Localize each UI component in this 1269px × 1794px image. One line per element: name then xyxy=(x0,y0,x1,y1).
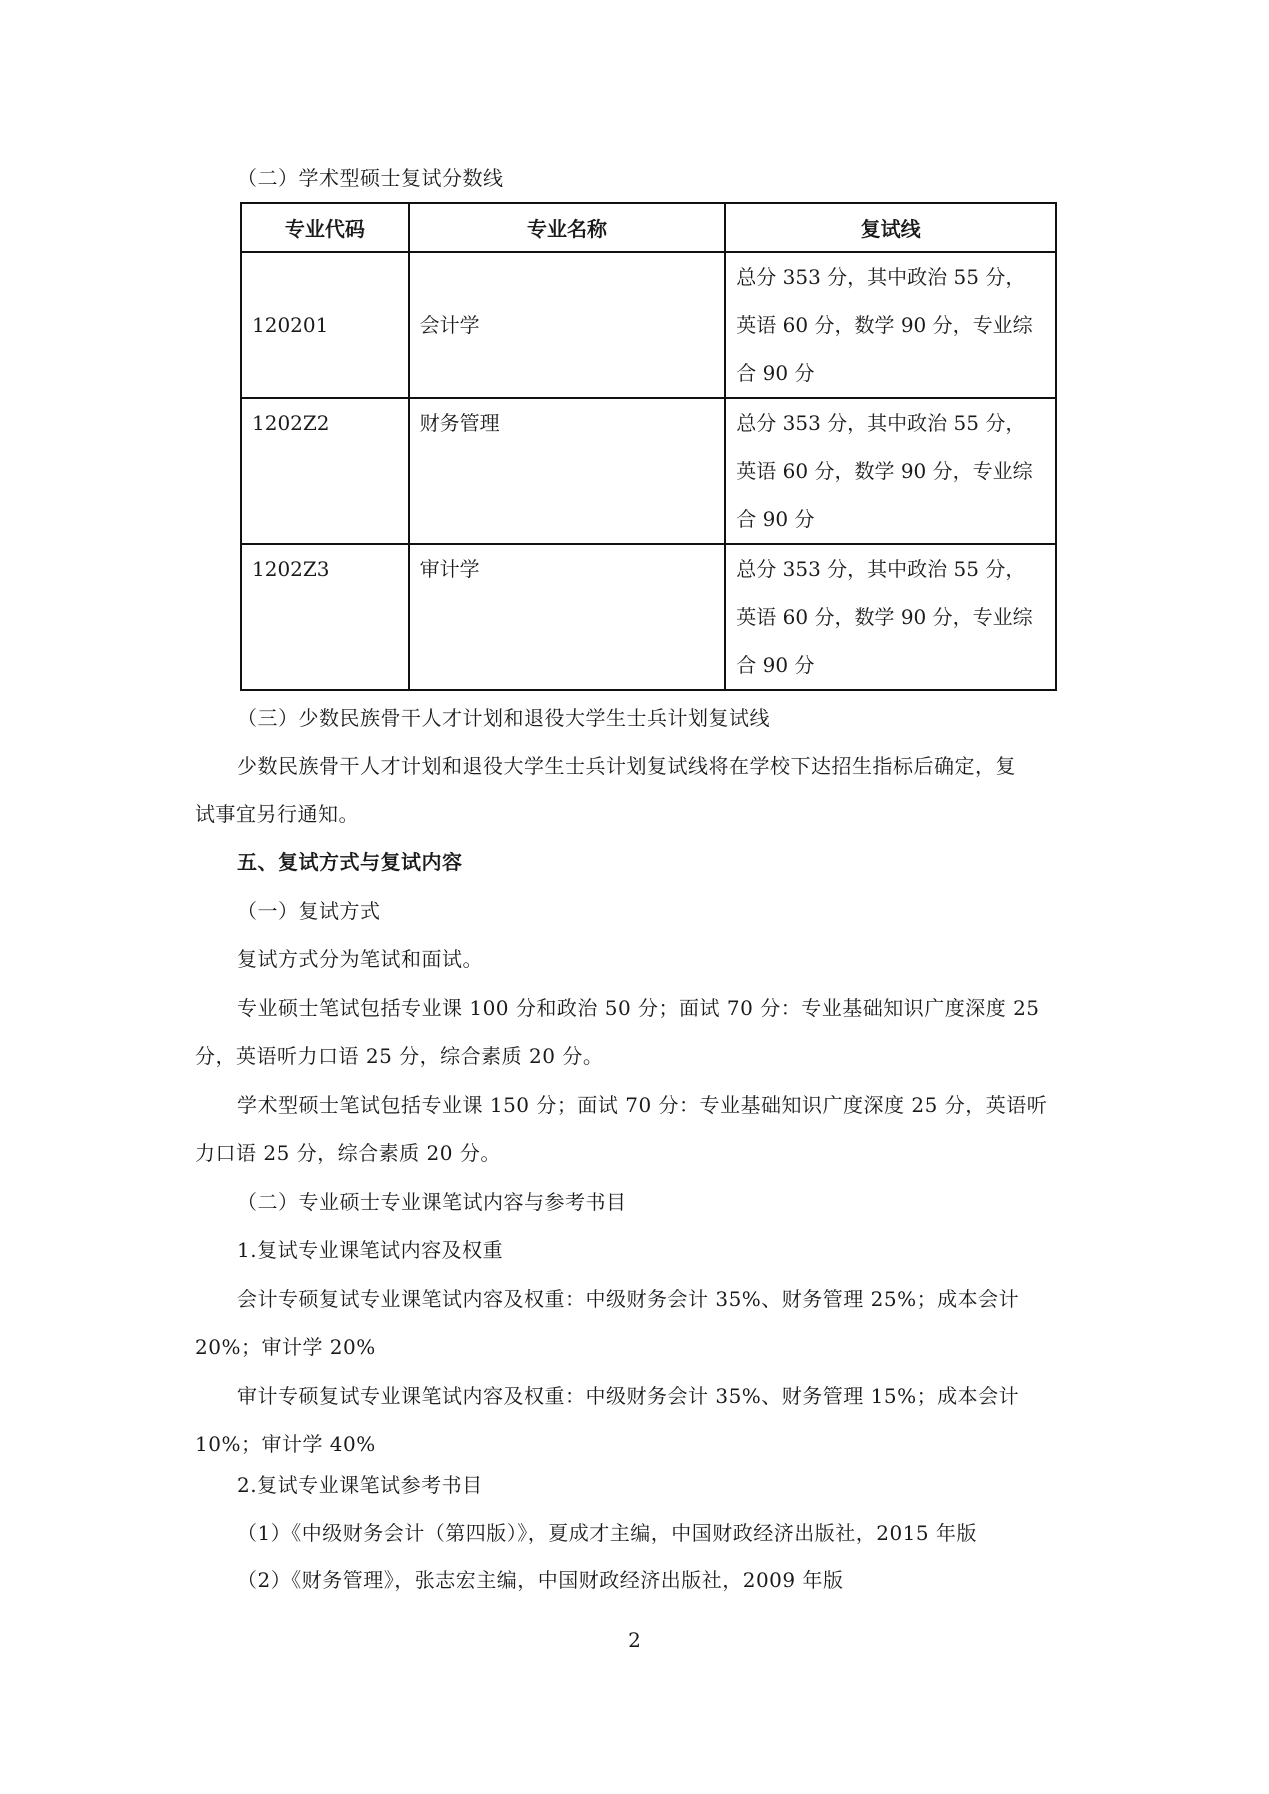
reference-book-item: （2）《财务管理》，张志宏主编，中国财政经济出版社，2009 年版 xyxy=(237,1566,1075,1594)
major-code: 1202Z3 xyxy=(241,544,409,690)
retest-line: 总分 353 分，其中政治 55 分，英语 60 分，数学 90 分，专业综合 … xyxy=(725,544,1056,690)
major-name: 审计学 xyxy=(409,544,726,690)
reference-books-heading: 2.复试专业课笔试参考书目 xyxy=(237,1471,1075,1499)
section-five-heading: 五、复试方式与复试内容 xyxy=(237,848,1075,876)
major-code: 120201 xyxy=(241,252,409,398)
major-name: 财务管理 xyxy=(409,398,726,544)
audit-weights-line1: 审计专硕复试专业课笔试内容及权重：中级财务会计 35%、财务管理 15%；成本会… xyxy=(237,1382,1075,1410)
table-header-row: 专业代码 专业名称 复试线 xyxy=(241,203,1056,252)
academic-master-line1: 学术型硕士笔试包括专业课 150 分；面试 70 分：专业基础知识广度深度 25… xyxy=(237,1091,1075,1119)
major-name: 会计学 xyxy=(409,252,726,398)
academic-score-table: 专业代码 专业名称 复试线 120201 会计学 总分 353 分，其中政治 5… xyxy=(240,202,1057,691)
minority-paragraph-line1: 少数民族骨干人才计划和退役大学生士兵计划复试线将在学校下达招生指标后确定，复 xyxy=(237,752,1075,780)
header-major-name: 专业名称 xyxy=(409,203,726,252)
minority-paragraph-line2: 试事宜另行通知。 xyxy=(195,800,1075,828)
retest-method-heading: （一）复试方式 xyxy=(237,897,1075,925)
header-retest-line: 复试线 xyxy=(725,203,1056,252)
retest-line: 总分 353 分，其中政治 55 分，英语 60 分，数学 90 分，专业综合 … xyxy=(725,398,1056,544)
accounting-weights-line1: 会计专硕复试专业课笔试内容及权重：中级财务会计 35%、财务管理 25%；成本会… xyxy=(237,1285,1075,1313)
reference-book-item: （1）《中级财务会计（第四版）》，夏成才主编，中国财政经济出版社，2015 年版 xyxy=(237,1519,1075,1547)
table-row: 120201 会计学 总分 353 分，其中政治 55 分，英语 60 分，数学… xyxy=(241,252,1056,398)
accounting-weights-line2: 20%；审计学 20% xyxy=(195,1333,1075,1361)
academic-master-line2: 力口语 25 分，综合素质 20 分。 xyxy=(195,1139,1075,1167)
retest-method-paragraph: 复试方式分为笔试和面试。 xyxy=(237,945,1075,973)
exam-content-heading: 1.复试专业课笔试内容及权重 xyxy=(237,1236,1075,1264)
retest-line: 总分 353 分，其中政治 55 分，英语 60 分，数学 90 分，专业综合 … xyxy=(725,252,1056,398)
major-code: 1202Z2 xyxy=(241,398,409,544)
professional-master-line1: 专业硕士笔试包括专业课 100 分和政治 50 分；面试 70 分：专业基础知识… xyxy=(237,994,1075,1022)
table-row: 1202Z2 财务管理 总分 353 分，其中政治 55 分，英语 60 分，数… xyxy=(241,398,1056,544)
minority-section-heading: （三）少数民族骨干人才计划和退役大学生士兵计划复试线 xyxy=(237,704,1075,732)
audit-weights-line2: 10%；审计学 40% xyxy=(195,1430,1075,1458)
academic-section-heading: （二）学术型硕士复试分数线 xyxy=(237,164,1075,192)
page-number: 2 xyxy=(0,1628,1269,1652)
professional-master-line2: 分，英语听力口语 25 分，综合素质 20 分。 xyxy=(195,1042,1075,1070)
written-exam-heading: （二）专业硕士专业课笔试内容与参考书目 xyxy=(237,1188,1075,1216)
table-row: 1202Z3 审计学 总分 353 分，其中政治 55 分，英语 60 分，数学… xyxy=(241,544,1056,690)
header-major-code: 专业代码 xyxy=(241,203,409,252)
